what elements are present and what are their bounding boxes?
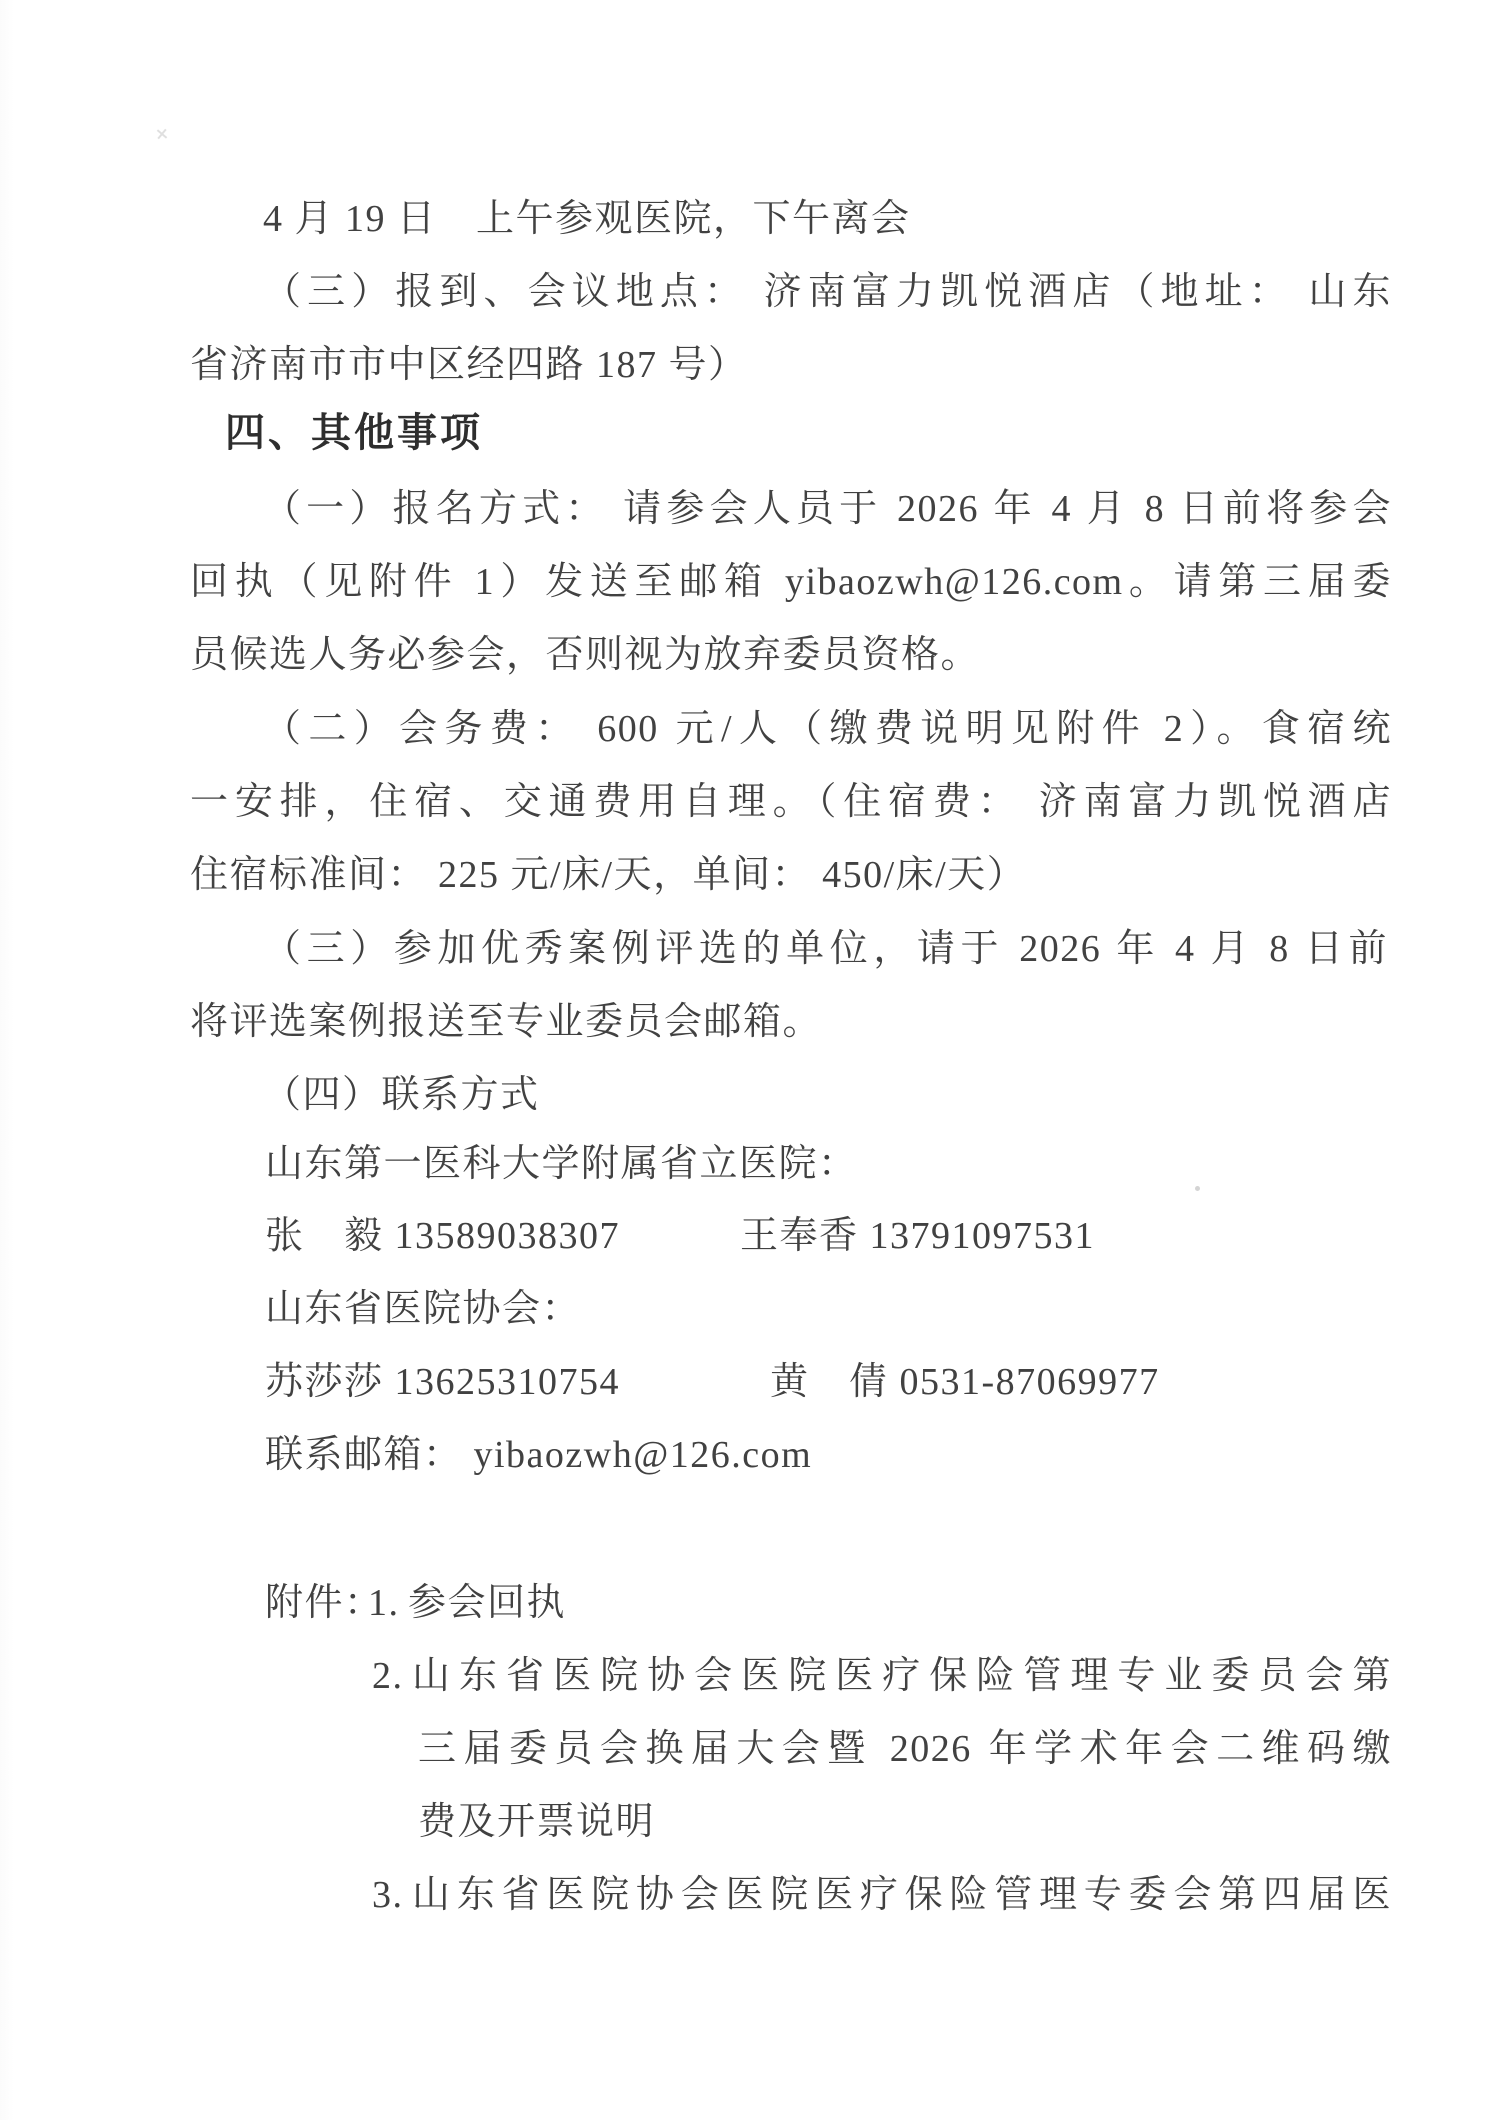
fee-line-2: 一安排，住宿、交通费用自理。（住宿费： 济南富力凯悦酒店 [190,779,1392,825]
hospital-contact-title: 山东第一医科大学附属省立医院： [265,1141,858,1187]
attachment-2-title-line-2: 三届委员会换届大会暨 2026 年学术年会二维码缴 [418,1726,1392,1772]
attachment-3-number: 3. [372,1872,404,1918]
contact-method-heading: （四）联系方式 [263,1072,540,1118]
hospital-contact-phone-right: 王奉香 13791097531 [740,1213,1095,1259]
signup-line-3: 员候选人务必参会，否则视为放弃委员资格。 [190,632,980,678]
section-heading-other-matters: 四、其他事项 [225,410,483,456]
case-selection-line-2: 将评选案例报送至专业委员会邮箱。 [190,999,822,1045]
association-contact-phone-right: 黄 倩 0531-87069977 [770,1359,1160,1405]
attachment-2-number: 2. [372,1653,404,1699]
venue-line-2: 省济南市市中区经四路 187 号） [190,342,748,388]
association-contact-title: 山东省医院协会： [265,1286,581,1332]
association-contact-phone-left: 苏莎莎 13625310754 [265,1359,620,1405]
attachment-2-title-line-3: 费及开票说明 [418,1799,655,1845]
attachment-1-title: 参会回执 [408,1580,566,1626]
contact-email-line: 联系邮箱： yibaozwh@126.com [265,1432,812,1478]
signup-line-2: 回执（见附件 1）发送至邮箱 yibaozwh@126.com。请第三届委 [190,559,1392,605]
attachments-label: 附件： [265,1580,384,1626]
scan-dot-icon [1195,1186,1200,1191]
signup-line-1: （一）报名方式： 请参会人员于 2026 年 4 月 8 日前将参会 [263,486,1392,532]
fee-line-1: （二）会务费： 600 元/人（缴费说明见附件 2）。食宿统 [263,706,1392,752]
fee-line-3: 住宿标准间： 225 元/床/天，单间： 450/床/天） [190,852,1026,898]
venue-line-1: （三）报到、会议地点： 济南富力凯悦酒店（地址： 山东 [263,269,1392,315]
document-page: 4 月 19 日 上午参观医院，下午离会 （三）报到、会议地点： 济南富力凯悦酒… [0,0,1500,2120]
attachment-3-title-line-1: 山东省医院协会医院医疗保险管理专委会第四届医 [412,1872,1392,1918]
attachment-1-number: 1. [368,1580,400,1626]
hospital-contact-phone-left: 张 毅 13589038307 [265,1213,620,1259]
schedule-day3-line: 4 月 19 日 上午参观医院，下午离会 [263,196,911,242]
case-selection-line-1: （三）参加优秀案例评选的单位，请于 2026 年 4 月 8 日前 [263,926,1388,972]
scan-speck-icon [156,128,168,140]
attachment-2-title-line-1: 山东省医院协会医院医疗保险管理专业委员会第 [412,1653,1392,1699]
